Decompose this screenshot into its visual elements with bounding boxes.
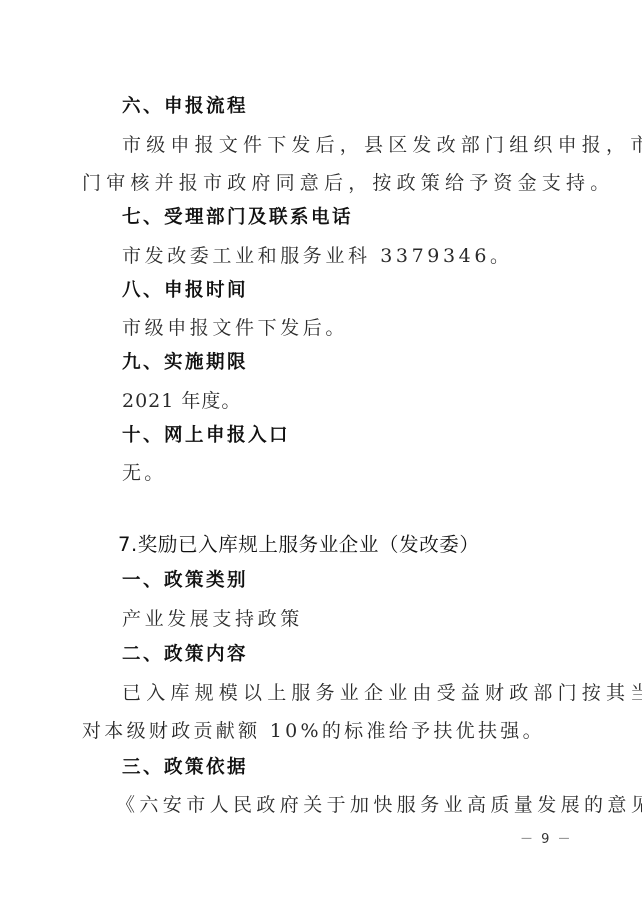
section-heading-application-process: 六、申报流程 (122, 92, 602, 122)
contact-phone-text: 市发改委工业和服务业科 3379346。 (122, 241, 602, 271)
paragraph-line: 无。 (122, 458, 602, 488)
policy-item-title: 7.奖励已入库规上服务业企业（发改委） (118, 530, 598, 560)
section-heading-contact-department: 七、受理部门及联系电话 (122, 203, 602, 233)
section-heading-implementation-period: 九、实施期限 (122, 348, 602, 378)
section-heading-application-time: 八、申报时间 (122, 276, 602, 306)
paragraph-line: 市级申报文件下发后，县区发改部门组织申报，市直部 (122, 130, 602, 160)
page-number: － 9 － (520, 828, 573, 847)
paragraph-line: 对本级财政贡献额 10%的标准给予扶优扶强。 (82, 716, 562, 746)
paragraph-line: 已入库规模以上服务业企业由受益财政部门按其当年 (122, 678, 602, 708)
document-page: 六、申报流程 市级申报文件下发后，县区发改部门组织申报，市直部 门审核并报市政府… (0, 0, 642, 907)
section-heading-policy-basis: 三、政策依据 (122, 753, 602, 783)
paragraph-line: 门审核并报市政府同意后，按政策给予资金支持。 (82, 168, 562, 198)
paragraph-line: 产业发展支持政策 (122, 604, 602, 634)
section-heading-policy-category: 一、政策类别 (122, 566, 602, 596)
paragraph-line: 2021 年度。 (122, 386, 602, 416)
section-heading-online-entry: 十、网上申报入口 (122, 421, 602, 451)
section-heading-policy-content: 二、政策内容 (122, 640, 602, 670)
paragraph-line: 市级申报文件下发后。 (122, 313, 602, 343)
policy-basis-reference: 《六安市人民政府关于加快服务业高质量发展的意见》 (116, 790, 596, 820)
